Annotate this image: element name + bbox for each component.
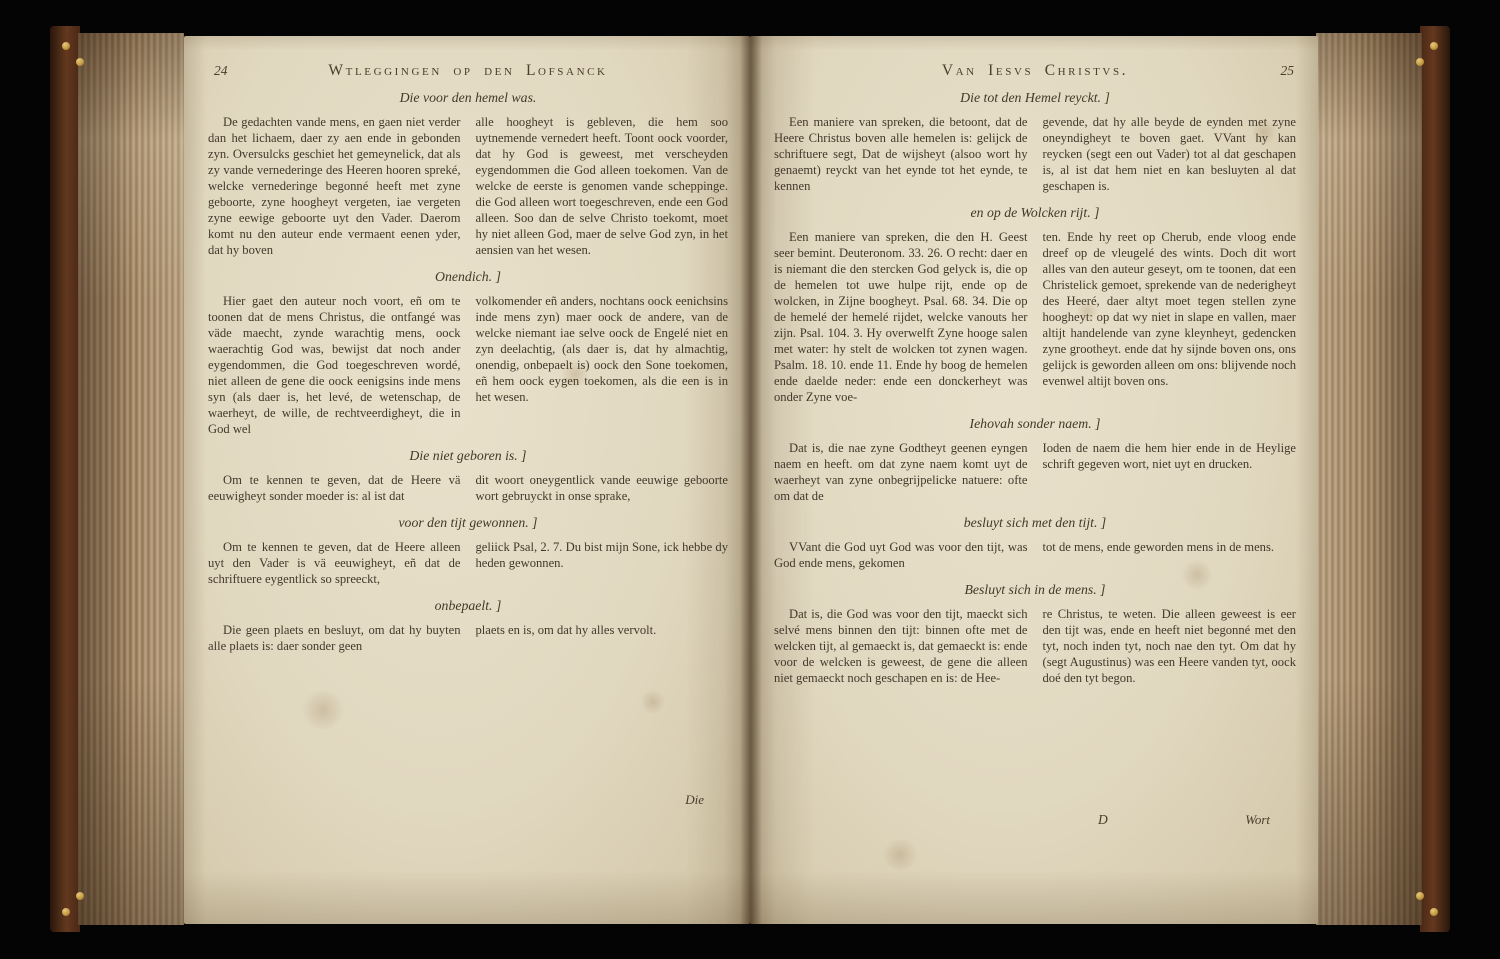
section-heading: Besluyt sich in de mens. ] <box>774 582 1296 598</box>
page-edge-stack-right <box>1316 33 1422 925</box>
text-column: Hier gaet den auteur noch voort, eñ om t… <box>208 294 461 438</box>
book-cover-left <box>50 26 80 932</box>
text-section: voor den tijt gewonnen. ]Om te kennen te… <box>208 515 728 588</box>
text-section: onbepaelt. ]Die geen plaets en besluyt, … <box>208 598 728 655</box>
two-column-text: Hier gaet den auteur noch voort, eñ om t… <box>208 294 728 438</box>
text-section: Iehovah sonder naem. ]Dat is, die nae zy… <box>774 416 1296 505</box>
text-column: re Christus, te weten. Die alleen gewees… <box>1043 607 1297 687</box>
two-column-text: Die geen plaets en besluyt, om dat hy bu… <box>208 623 728 655</box>
two-column-text: De gedachten vande mens, en gaen niet ve… <box>208 115 728 259</box>
gold-stud-icon <box>1416 58 1424 66</box>
text-column: Ioden de naem die hem hier ende in de He… <box>1043 441 1297 505</box>
section-heading: Onendich. ] <box>208 269 728 285</box>
text-section: en op de Wolcken rijt. ]Een maniere van … <box>774 205 1296 406</box>
text-column: Dat is, die God was voor den tijt, maeck… <box>774 607 1028 687</box>
book-cover-right <box>1420 26 1450 932</box>
right-page-content: Van Iesvs Christvs. 25 Die tot den Hemel… <box>750 36 1318 924</box>
section-heading: en op de Wolcken rijt. ] <box>774 205 1296 221</box>
text-column: Om te kennen te geven, dat de Heere vä e… <box>208 473 461 505</box>
text-column: VVant die God uyt God was voor den tijt,… <box>774 540 1028 572</box>
text-column: De gedachten vande mens, en gaen niet ve… <box>208 115 461 259</box>
gold-stud-icon <box>1416 892 1424 900</box>
section-heading: onbepaelt. ] <box>208 598 728 614</box>
text-column: Om te kennen te geven, dat de Heere alle… <box>208 540 461 588</box>
gold-stud-icon <box>62 42 70 50</box>
text-column: volkomender eñ anders, nochtans oock een… <box>476 294 729 438</box>
left-page-content: 24 Wtleggingen op den Lofsanck Die voor … <box>184 36 750 924</box>
text-column: tot de mens, ende geworden mens in de me… <box>1043 540 1297 572</box>
text-column: Een maniere van spreken, die betoont, da… <box>774 115 1028 195</box>
two-column-text: Om te kennen te geven, dat de Heere alle… <box>208 540 728 588</box>
page-edge-stack-left <box>78 33 184 925</box>
text-column: ten. Ende hy reet op Cherub, ende vloog … <box>1043 230 1297 406</box>
running-title: Wtleggingen op den Lofsanck <box>260 62 676 80</box>
page-number: 24 <box>208 63 260 79</box>
section-heading: Die tot den Hemel reyckt. ] <box>774 90 1296 106</box>
two-column-text: Om te kennen te geven, dat de Heere vä e… <box>208 473 728 505</box>
section-heading: Die voor den hemel was. <box>208 90 728 106</box>
text-column: Een maniere van spreken, die den H. Gees… <box>774 230 1028 406</box>
text-column: Dat is, die nae zyne Godtheyt geenen eyn… <box>774 441 1028 505</box>
two-column-text: Een maniere van spreken, die betoont, da… <box>774 115 1296 195</box>
text-column: gevende, dat hy alle beyde de eynden met… <box>1043 115 1297 195</box>
page-number: 25 <box>1244 63 1296 79</box>
text-column: geliick Psal, 2. 7. Du bist mijn Sone, i… <box>476 540 729 588</box>
text-column: dit woort oneygentlick vande eeuwige geb… <box>476 473 729 505</box>
text-section: Die niet geboren is. ]Om te kennen te ge… <box>208 448 728 505</box>
signature-mark: D <box>1098 812 1108 828</box>
text-section: Onendich. ]Hier gaet den auteur noch voo… <box>208 269 728 438</box>
gold-stud-icon <box>76 892 84 900</box>
text-section: besluyt sich met den tijt. ]VVant die Go… <box>774 515 1296 572</box>
text-section: Die tot den Hemel reyckt. ]Een maniere v… <box>774 90 1296 195</box>
section-heading: Die niet geboren is. ] <box>208 448 728 464</box>
right-page: Van Iesvs Christvs. 25 Die tot den Hemel… <box>750 36 1318 924</box>
two-column-text: VVant die God uyt God was voor den tijt,… <box>774 540 1296 572</box>
gold-stud-icon <box>62 908 70 916</box>
section-heading: Iehovah sonder naem. ] <box>774 416 1296 432</box>
running-head: 24 Wtleggingen op den Lofsanck <box>208 62 728 80</box>
text-column: alle hoogheyt is gebleven, die hem soo u… <box>476 115 729 259</box>
text-section: Besluyt sich in de mens. ]Dat is, die Go… <box>774 582 1296 687</box>
catchword: Die <box>685 792 704 808</box>
text-body: Die voor den hemel was.De gedachten vand… <box>208 90 728 655</box>
two-column-text: Dat is, die nae zyne Godtheyt geenen eyn… <box>774 441 1296 505</box>
text-column: Die geen plaets en besluyt, om dat hy bu… <box>208 623 461 655</box>
left-page: 24 Wtleggingen op den Lofsanck Die voor … <box>184 36 750 924</box>
text-section: Die voor den hemel was.De gedachten vand… <box>208 90 728 259</box>
two-column-text: Een maniere van spreken, die den H. Gees… <box>774 230 1296 406</box>
text-body: Die tot den Hemel reyckt. ]Een maniere v… <box>774 90 1296 687</box>
gold-stud-icon <box>1430 908 1438 916</box>
running-title: Van Iesvs Christvs. <box>826 62 1244 80</box>
section-heading: voor den tijt gewonnen. ] <box>208 515 728 531</box>
text-column: plaets en is, om dat hy alles vervolt. <box>476 623 729 655</box>
catchword: Wort <box>1245 812 1270 828</box>
section-heading: besluyt sich met den tijt. ] <box>774 515 1296 531</box>
running-head: Van Iesvs Christvs. 25 <box>774 62 1296 80</box>
two-column-text: Dat is, die God was voor den tijt, maeck… <box>774 607 1296 687</box>
gold-stud-icon <box>76 58 84 66</box>
gold-stud-icon <box>1430 42 1438 50</box>
